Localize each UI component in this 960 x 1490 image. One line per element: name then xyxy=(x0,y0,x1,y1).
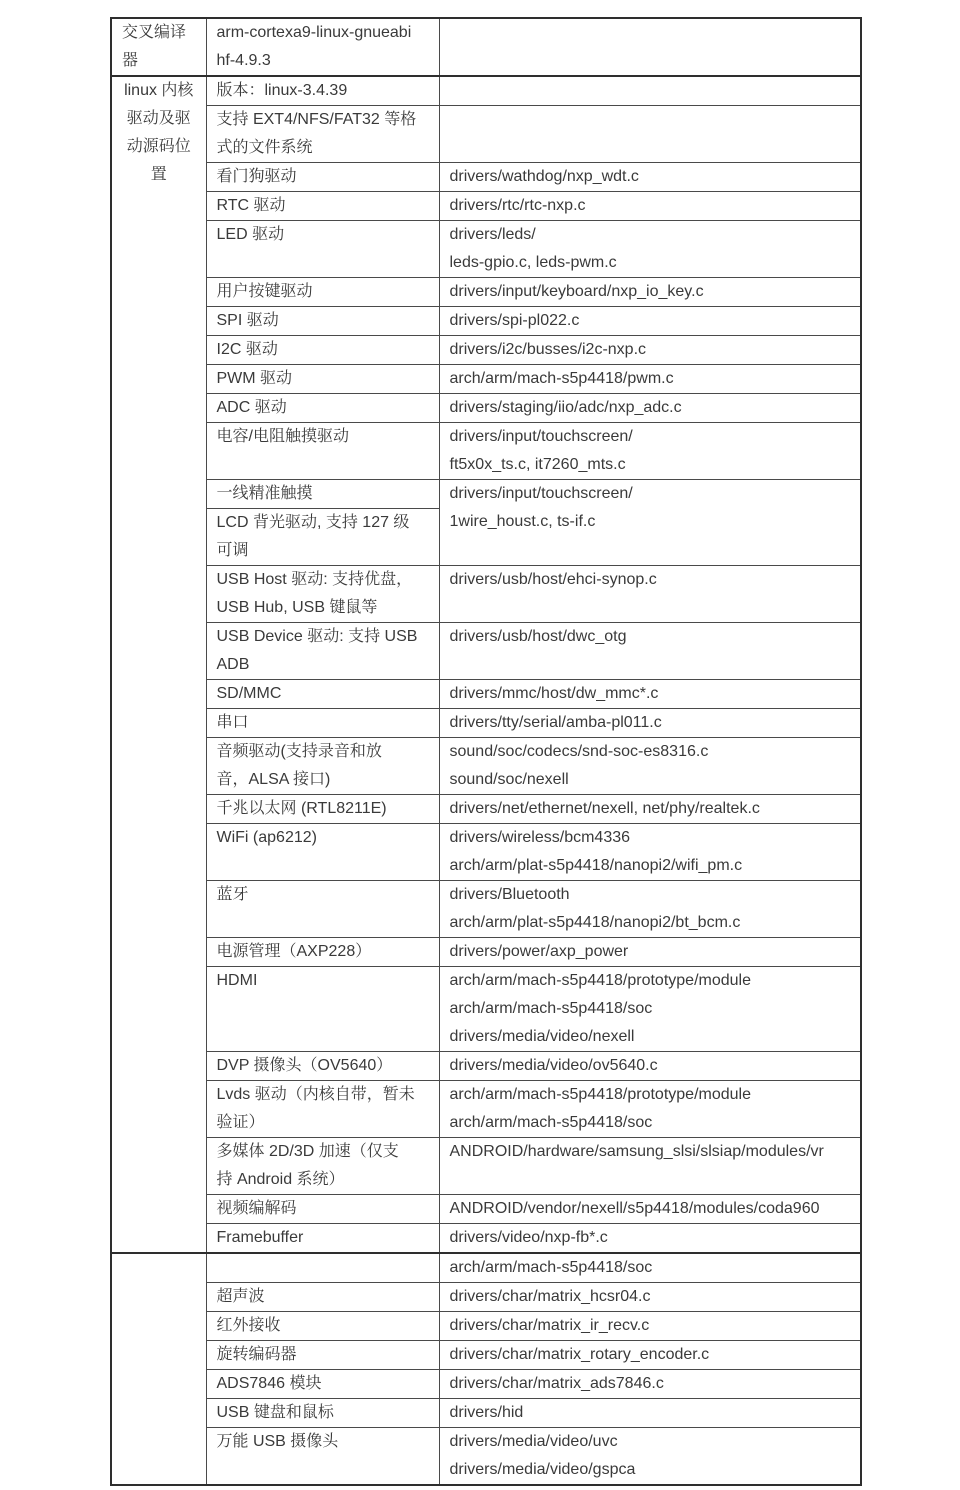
driver-name-cell: 音频驱动(支持录音和放 音，ALSA 接口) xyxy=(206,738,439,795)
table-row: 串口 drivers/tty/serial/amba-pl011.c xyxy=(111,709,861,738)
driver-name-cell: 看门狗驱动 xyxy=(206,163,439,192)
source-path-cell: drivers/char/matrix_hcsr04.c xyxy=(439,1283,861,1312)
table-row: 电源管理（AXP228） drivers/power/axp_power xyxy=(111,938,861,967)
table-row: 红外接收 drivers/char/matrix_ir_recv.c xyxy=(111,1312,861,1341)
driver-name-cell: 多媒体 2D/3D 加速（仅支 持 Android 系统） xyxy=(206,1138,439,1195)
source-path-cell: ANDROID/hardware/samsung_slsi/slsiap/mod… xyxy=(439,1138,861,1195)
table-row: USB 键盘和鼠标 drivers/hid xyxy=(111,1399,861,1428)
table-row: Lvds 驱动（内核自带，暂未 验证） arch/arm/mach-s5p441… xyxy=(111,1081,861,1138)
source-path-cell: drivers/input/touchscreen/ ft5x0x_ts.c, … xyxy=(439,423,861,480)
table-row: 音频驱动(支持录音和放 音，ALSA 接口) sound/soc/codecs/… xyxy=(111,738,861,795)
driver-name-cell: 旋转编码器 xyxy=(206,1341,439,1370)
source-path-cell: drivers/usb/host/ehci-synop.c xyxy=(439,566,861,623)
table-row: 电容/电阻触摸驱动 drivers/input/touchscreen/ ft5… xyxy=(111,423,861,480)
source-path-cell: drivers/Bluetooth arch/arm/plat-s5p4418/… xyxy=(439,881,861,938)
category-cell xyxy=(111,1253,206,1485)
driver-name-cell: 用户按键驱动 xyxy=(206,278,439,307)
table-row: DVP 摄像头（OV5640） drivers/media/video/ov56… xyxy=(111,1052,861,1081)
driver-name-cell: 串口 xyxy=(206,709,439,738)
driver-name-cell: PWM 驱动 xyxy=(206,365,439,394)
source-path-cell: drivers/leds/ leds-gpio.c, leds-pwm.c xyxy=(439,221,861,278)
driver-name-cell: WiFi (ap6212) xyxy=(206,824,439,881)
table-row: SPI 驱动 drivers/spi-pl022.c xyxy=(111,307,861,336)
driver-name-cell: 红外接收 xyxy=(206,1312,439,1341)
driver-name-cell: SPI 驱动 xyxy=(206,307,439,336)
source-path-cell: arch/arm/mach-s5p4418/prototype/module a… xyxy=(439,967,861,1052)
source-path-cell xyxy=(439,18,861,76)
source-path-cell xyxy=(439,76,861,106)
table-row: 支持 EXT4/NFS/FAT32 等格 式的文件系统 xyxy=(111,106,861,163)
table-row: arch/arm/mach-s5p4418/soc xyxy=(111,1253,861,1283)
table-row: USB Device 驱动: 支持 USB ADB drivers/usb/ho… xyxy=(111,623,861,680)
table-row: Framebuffer drivers/video/nxp-fb*.c xyxy=(111,1224,861,1254)
table-row: 交叉编译 器 arm-cortexa9-linux-gnueabi hf-4.9… xyxy=(111,18,861,76)
source-path-cell: drivers/hid xyxy=(439,1399,861,1428)
driver-name-cell: ADC 驱动 xyxy=(206,394,439,423)
table-row: LED 驱动 drivers/leds/ leds-gpio.c, leds-p… xyxy=(111,221,861,278)
table-row: USB Host 驱动: 支持优盘， USB Hub, USB 键鼠等 driv… xyxy=(111,566,861,623)
table-row: WiFi (ap6212) drivers/wireless/bcm4336 a… xyxy=(111,824,861,881)
category-cell: linux 内核 驱动及驱 动源码位 置 xyxy=(111,76,206,1253)
table-row: HDMI arch/arm/mach-s5p4418/prototype/mod… xyxy=(111,967,861,1052)
driver-name-cell: I2C 驱动 xyxy=(206,336,439,365)
source-path-cell: drivers/staging/iio/adc/nxp_adc.c xyxy=(439,394,861,423)
source-path-cell: drivers/wathdog/nxp_wdt.c xyxy=(439,163,861,192)
source-path-cell: drivers/rtc/rtc-nxp.c xyxy=(439,192,861,221)
source-path-cell xyxy=(439,106,861,163)
table-row: SD/MMC drivers/mmc/host/dw_mmc*.c xyxy=(111,680,861,709)
driver-name-cell: LED 驱动 xyxy=(206,221,439,278)
table-row: linux 内核 驱动及驱 动源码位 置 版本：linux-3.4.39 xyxy=(111,76,861,106)
driver-name-cell: Lvds 驱动（内核自带，暂未 验证） xyxy=(206,1081,439,1138)
driver-source-table: 交叉编译 器 arm-cortexa9-linux-gnueabi hf-4.9… xyxy=(110,17,862,1486)
driver-name-cell: LCD 背光驱动, 支持 127 级 可调 xyxy=(206,509,439,566)
driver-name-cell: 支持 EXT4/NFS/FAT32 等格 式的文件系统 xyxy=(206,106,439,163)
driver-name-cell: 视频编解码 xyxy=(206,1195,439,1224)
source-path-cell: drivers/usb/host/dwc_otg xyxy=(439,623,861,680)
source-path-cell: drivers/tty/serial/amba-pl011.c xyxy=(439,709,861,738)
source-path-cell: drivers/char/matrix_ir_recv.c xyxy=(439,1312,861,1341)
source-path-cell: ANDROID/vendor/nexell/s5p4418/modules/co… xyxy=(439,1195,861,1224)
table-row: 视频编解码 ANDROID/vendor/nexell/s5p4418/modu… xyxy=(111,1195,861,1224)
table-row: 超声波 drivers/char/matrix_hcsr04.c xyxy=(111,1283,861,1312)
driver-name-cell: arm-cortexa9-linux-gnueabi hf-4.9.3 xyxy=(206,18,439,76)
table-row: ADS7846 模块 drivers/char/matrix_ads7846.c xyxy=(111,1370,861,1399)
source-path-cell: arch/arm/mach-s5p4418/prototype/module a… xyxy=(439,1081,861,1138)
table-row: 看门狗驱动 drivers/wathdog/nxp_wdt.c xyxy=(111,163,861,192)
source-path-cell: drivers/char/matrix_rotary_encoder.c xyxy=(439,1341,861,1370)
source-path-cell: drivers/wireless/bcm4336 arch/arm/plat-s… xyxy=(439,824,861,881)
driver-name-cell: ADS7846 模块 xyxy=(206,1370,439,1399)
driver-name-cell: USB Device 驱动: 支持 USB ADB xyxy=(206,623,439,680)
driver-name-cell: 蓝牙 xyxy=(206,881,439,938)
table-row: ADC 驱动 drivers/staging/iio/adc/nxp_adc.c xyxy=(111,394,861,423)
table-row: RTC 驱动 drivers/rtc/rtc-nxp.c xyxy=(111,192,861,221)
driver-name-cell: 千兆以太网 (RTL8211E) xyxy=(206,795,439,824)
table-row: 旋转编码器 drivers/char/matrix_rotary_encoder… xyxy=(111,1341,861,1370)
source-path-cell: drivers/char/matrix_ads7846.c xyxy=(439,1370,861,1399)
driver-name-cell: 版本：linux-3.4.39 xyxy=(206,76,439,106)
table-row: 蓝牙 drivers/Bluetooth arch/arm/plat-s5p44… xyxy=(111,881,861,938)
driver-name-cell: HDMI xyxy=(206,967,439,1052)
table-row: 万能 USB 摄像头 drivers/media/video/uvc drive… xyxy=(111,1428,861,1486)
driver-name-cell: 电源管理（AXP228） xyxy=(206,938,439,967)
table-row: 千兆以太网 (RTL8211E) drivers/net/ethernet/ne… xyxy=(111,795,861,824)
source-path-cell: drivers/input/keyboard/nxp_io_key.c xyxy=(439,278,861,307)
driver-name-cell: 万能 USB 摄像头 xyxy=(206,1428,439,1486)
source-path-cell: arch/arm/mach-s5p4418/soc xyxy=(439,1253,861,1283)
source-path-cell: drivers/spi-pl022.c xyxy=(439,307,861,336)
driver-name-cell: USB 键盘和鼠标 xyxy=(206,1399,439,1428)
source-path-cell: drivers/media/video/uvc drivers/media/vi… xyxy=(439,1428,861,1486)
table-row: PWM 驱动 arch/arm/mach-s5p4418/pwm.c xyxy=(111,365,861,394)
table-row: I2C 驱动 drivers/i2c/busses/i2c-nxp.c xyxy=(111,336,861,365)
source-path-cell: drivers/i2c/busses/i2c-nxp.c xyxy=(439,336,861,365)
driver-name-cell: DVP 摄像头（OV5640） xyxy=(206,1052,439,1081)
source-path-cell: drivers/net/ethernet/nexell, net/phy/rea… xyxy=(439,795,861,824)
driver-name-cell: Framebuffer xyxy=(206,1224,439,1254)
table-row: 一线精准触摸 drivers/input/touchscreen/ 1wire_… xyxy=(111,480,861,509)
source-path-cell: drivers/input/touchscreen/ 1wire_houst.c… xyxy=(439,480,861,566)
source-path-cell: sound/soc/codecs/snd-soc-es8316.c sound/… xyxy=(439,738,861,795)
source-path-cell: drivers/video/nxp-fb*.c xyxy=(439,1224,861,1254)
driver-name-cell: RTC 驱动 xyxy=(206,192,439,221)
table-row: 多媒体 2D/3D 加速（仅支 持 Android 系统） ANDROID/ha… xyxy=(111,1138,861,1195)
table-row: 用户按键驱动 drivers/input/keyboard/nxp_io_key… xyxy=(111,278,861,307)
driver-name-cell: USB Host 驱动: 支持优盘， USB Hub, USB 键鼠等 xyxy=(206,566,439,623)
source-path-cell: arch/arm/mach-s5p4418/pwm.c xyxy=(439,365,861,394)
document-page: 交叉编译 器 arm-cortexa9-linux-gnueabi hf-4.9… xyxy=(0,0,960,1490)
source-path-cell: drivers/mmc/host/dw_mmc*.c xyxy=(439,680,861,709)
driver-name-cell xyxy=(206,1253,439,1283)
driver-name-cell: 电容/电阻触摸驱动 xyxy=(206,423,439,480)
driver-name-cell: 一线精准触摸 xyxy=(206,480,439,509)
category-cell: 交叉编译 器 xyxy=(111,18,206,76)
source-path-cell: drivers/media/video/ov5640.c xyxy=(439,1052,861,1081)
source-path-cell: drivers/power/axp_power xyxy=(439,938,861,967)
driver-name-cell: 超声波 xyxy=(206,1283,439,1312)
driver-name-cell: SD/MMC xyxy=(206,680,439,709)
